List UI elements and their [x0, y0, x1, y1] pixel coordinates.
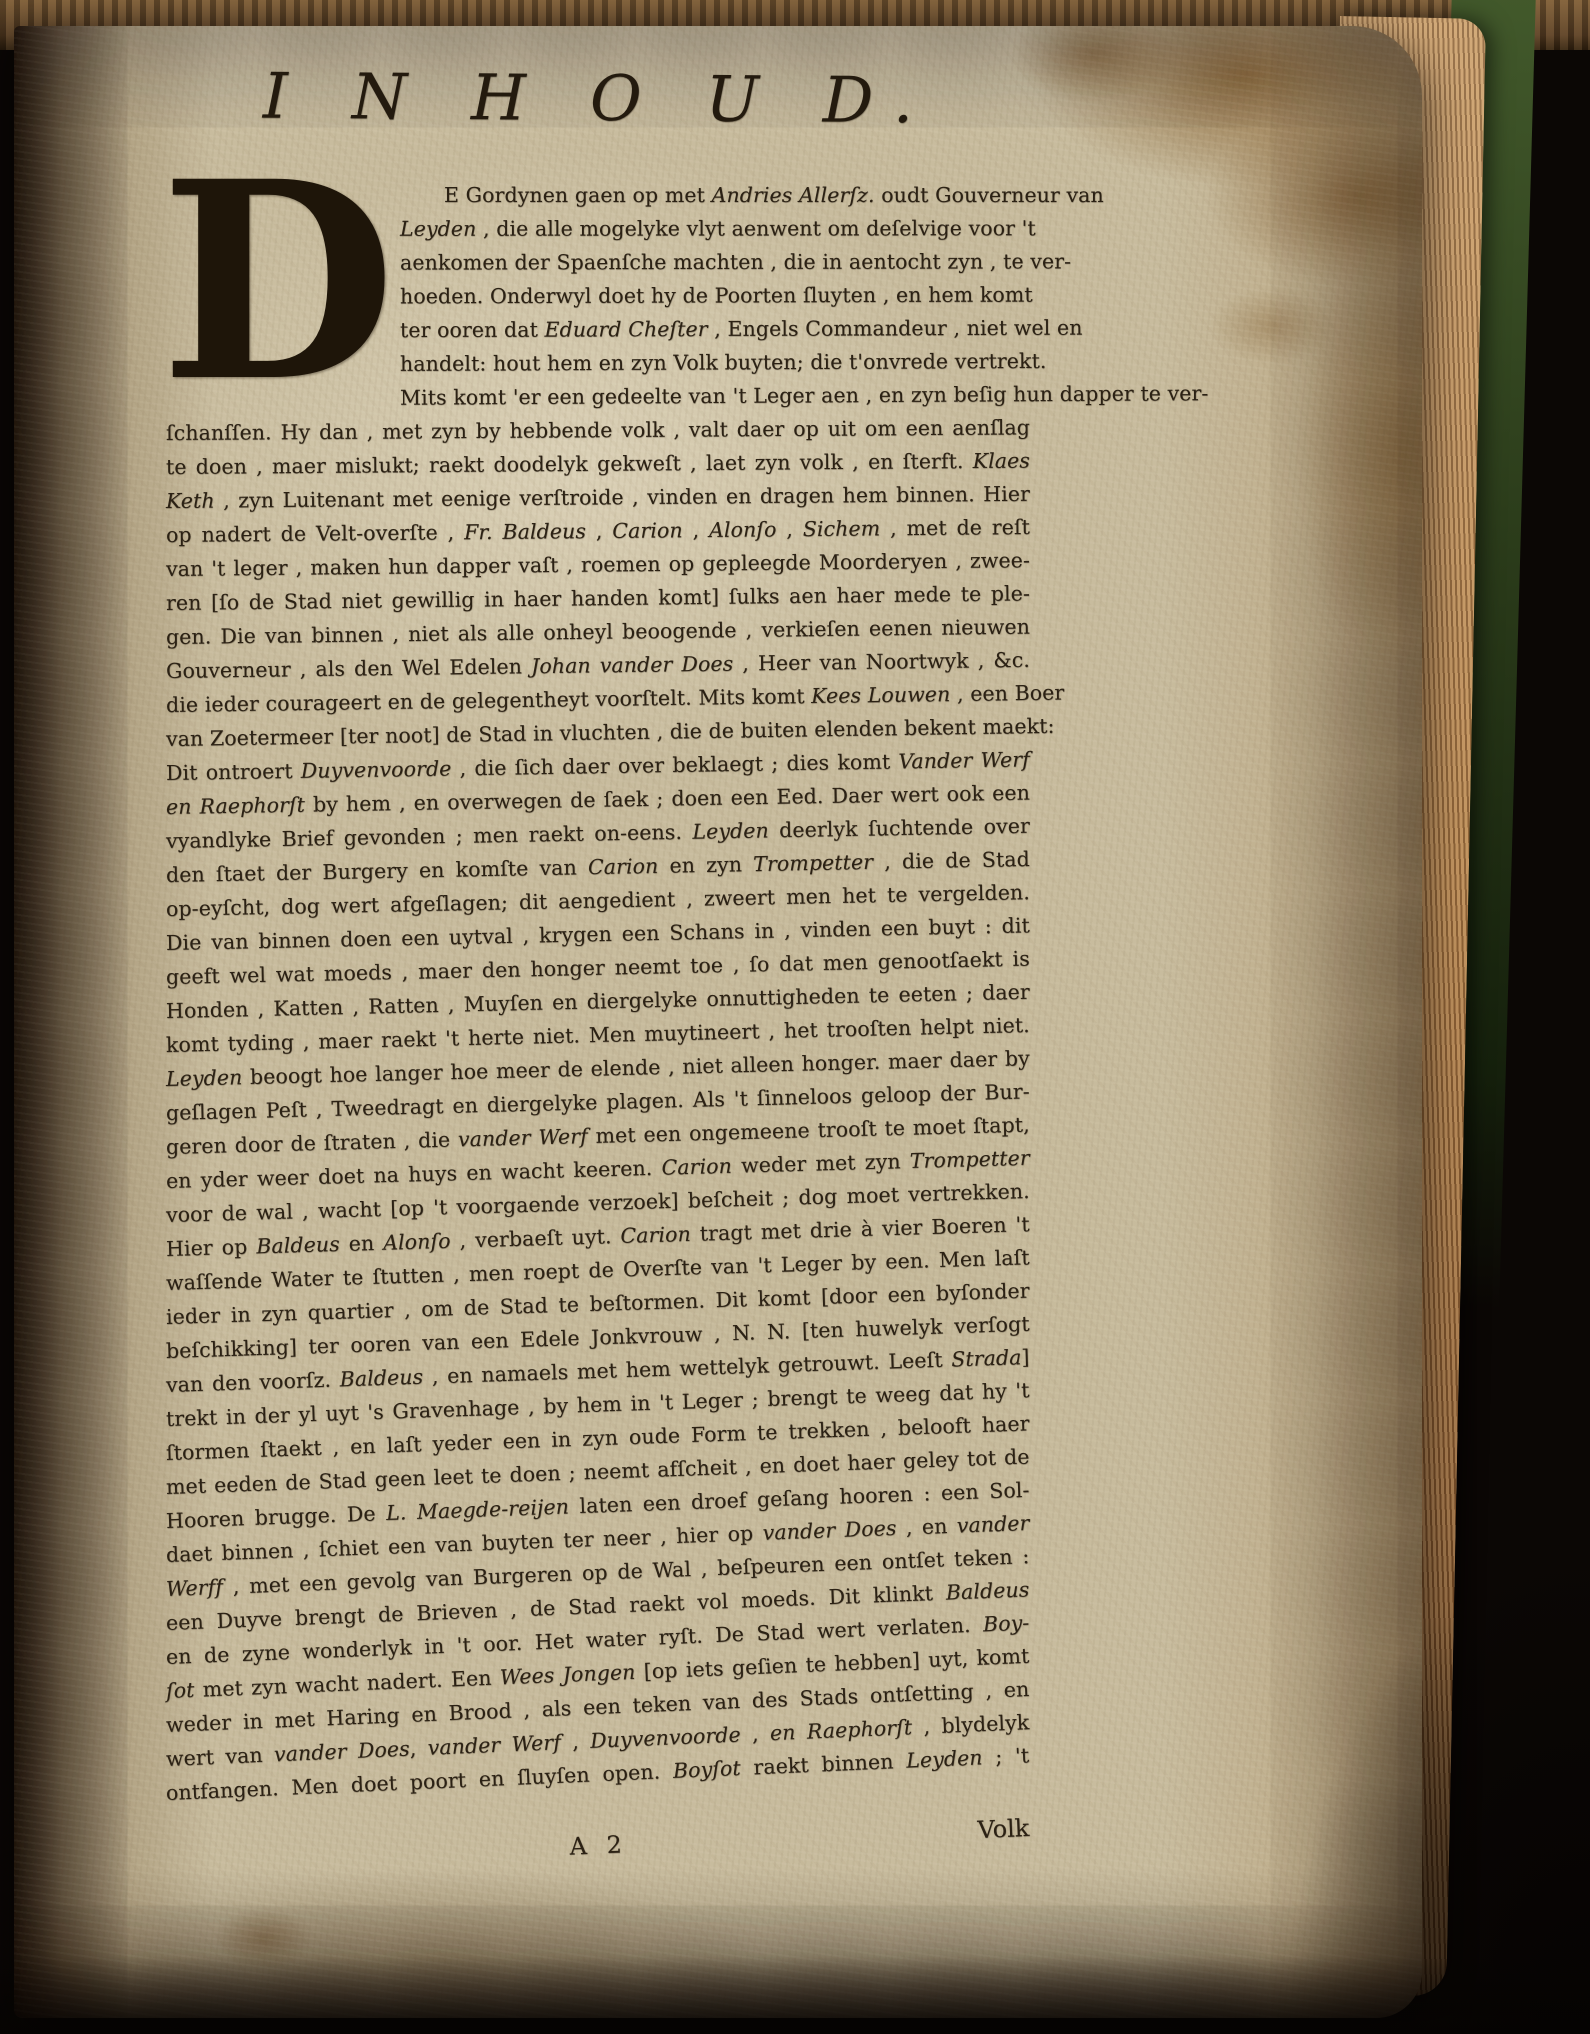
text-line: E Gordynen gaen op met Andries Allerſz. … — [166, 178, 1030, 212]
bottom-shadow — [0, 1956, 1590, 2034]
body-text: D E Gordynen gaen op met Andries Allerſz… — [166, 178, 1030, 1810]
text-line: aenkomen der Spaenſche machten , die in … — [166, 244, 1030, 280]
text-line: Mits komt 'er een gedeelte van 't Leger … — [166, 377, 1030, 416]
text-line: handelt: hout hem en zyn Volk buyten; di… — [166, 344, 1030, 382]
text-line: ter ooren dat Eduard Cheſter , Engels Co… — [166, 311, 1030, 348]
text-line: hoeden. Onderwyl doet hy de Poorten ſluy… — [166, 278, 1030, 314]
text-line: Leyden , die alle mogelyke vlyt aenwent … — [166, 211, 1030, 246]
